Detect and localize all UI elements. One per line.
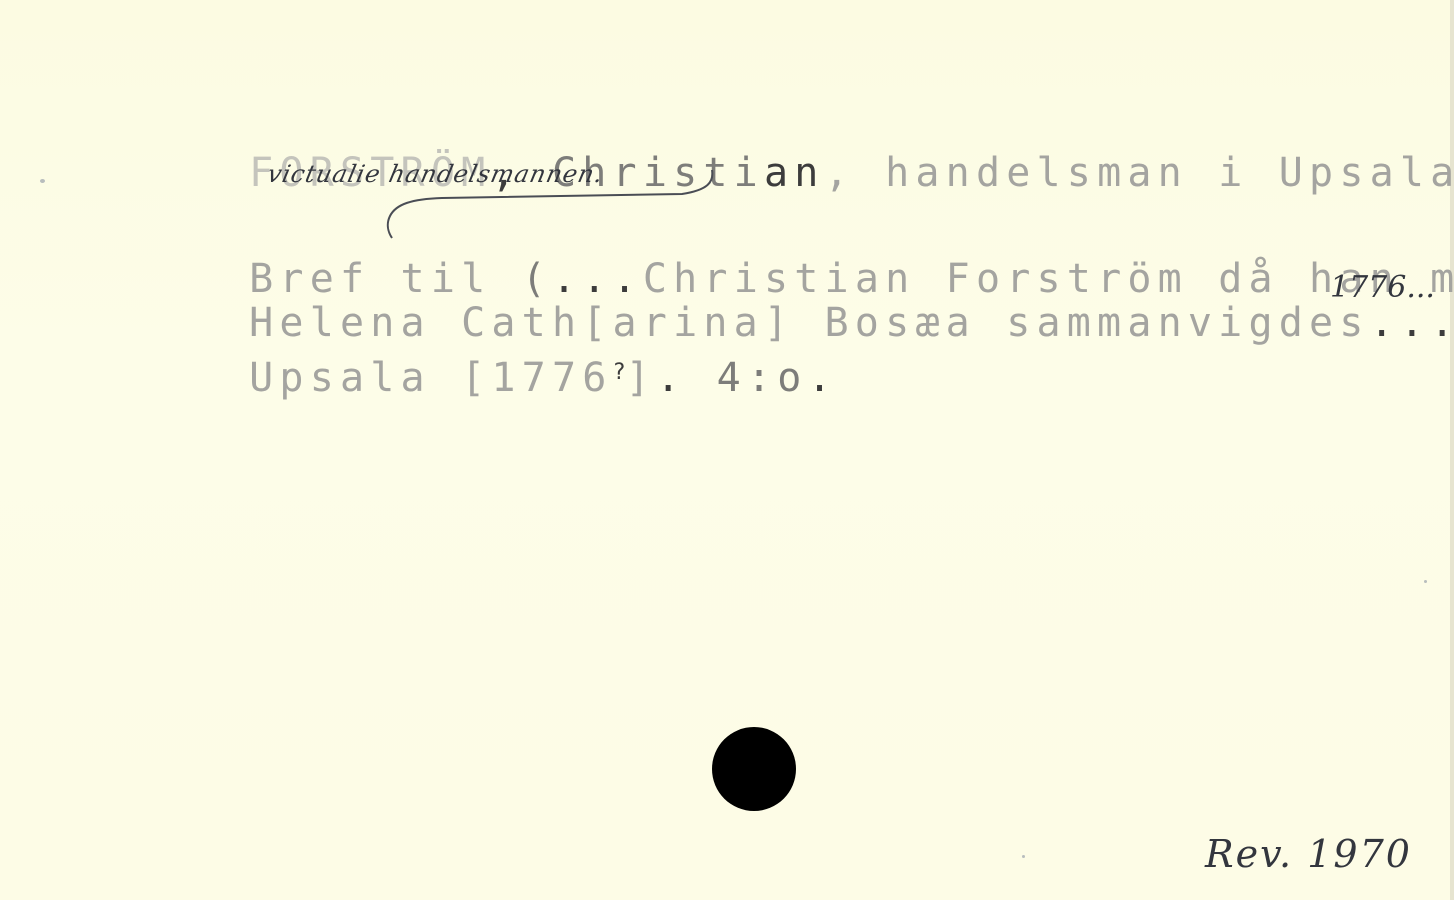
- imprint-close: ]: [626, 355, 656, 401]
- speck-mark: [1022, 855, 1025, 858]
- imprint-end-dot: .: [808, 355, 838, 401]
- punch-hole: [712, 727, 796, 811]
- revision-note: Rev. 1970: [1205, 832, 1412, 876]
- imprint-format: 4:o: [686, 355, 807, 401]
- uncertain-mark: ?: [613, 360, 626, 385]
- speck-mark: [1424, 580, 1427, 583]
- handwritten-year: 1776...: [1330, 270, 1435, 305]
- imprint-dot: .: [656, 355, 686, 401]
- title-line-3: Upsala [1776?]. 4:o.: [128, 304, 838, 447]
- catalog-card: FORSTRÖM, Christian, handelsman i Upsala…: [0, 0, 1454, 900]
- title-ellipsis-2: ...: [1370, 300, 1454, 346]
- imprint-text: Upsala [1776: [249, 355, 612, 401]
- heading-description: , handelsman i Upsala: [825, 150, 1454, 196]
- heading-name-correction: an: [764, 150, 825, 196]
- speck-mark: [40, 179, 45, 183]
